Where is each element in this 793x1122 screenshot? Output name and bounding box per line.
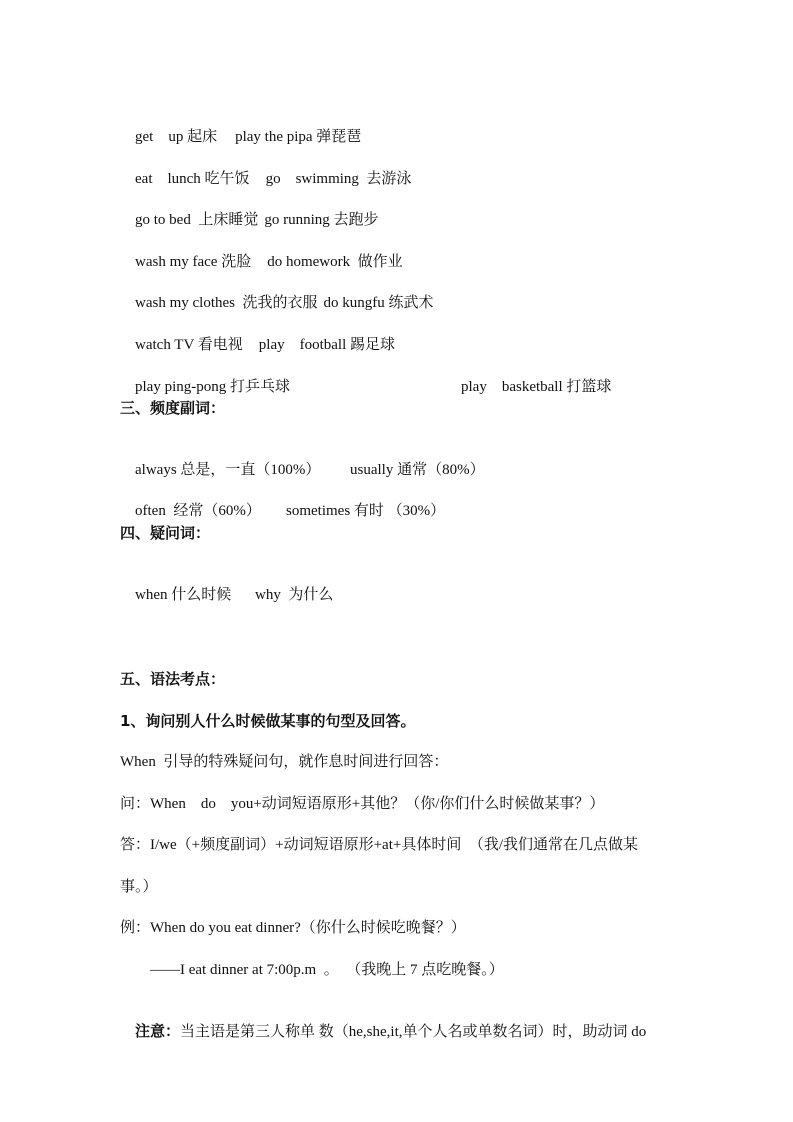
section-heading: 三、频度副词：	[120, 398, 225, 418]
paragraph: 答：I/we（+频度副词）+动词短语原形+at+具体时间 （我/我们通常在几点做…	[120, 835, 638, 855]
section-heading: 五、语法考点：	[120, 669, 225, 689]
vocab-item: play football 踢足球	[259, 337, 395, 353]
vocab-item: eat lunch 吃午饭	[135, 171, 250, 187]
paragraph: ——I eat dinner at 7:00p.m 。 （我晚上 7 点吃晚餐。…	[150, 960, 504, 980]
note-paragraph: 注意：当主语是第三人称单 数（he,she,it,单个人名或单数名词）时，助动词…	[120, 1001, 646, 1062]
vocab-item: watch TV 看电视	[135, 337, 243, 353]
adverb-item: often 经常（60%）	[135, 503, 261, 519]
vocab-item: play ping-pong 打乒乓球	[135, 379, 290, 395]
vocab-item: get up 起床	[135, 129, 217, 145]
note-label: 注意：	[135, 1022, 180, 1040]
vocab-item: play basketball 打篮球	[461, 377, 611, 397]
vocab-item: go to bed 上床睡觉	[135, 212, 258, 228]
paragraph: 问：When do you+动词短语原形+其他？（你/你们什么时候做某事？）	[120, 794, 604, 814]
vocab-item: wash my clothes 洗我的衣服	[135, 295, 317, 311]
vocab-item: go running 去跑步	[264, 212, 378, 228]
adverb-item: sometimes 有时 （30%）	[286, 501, 445, 521]
vocab-item: do homework 做作业	[267, 254, 402, 270]
paragraph: 例：When do you eat dinner?（你什么时候吃晚餐？）	[120, 918, 466, 938]
subsection-heading: 1、询问别人什么时候做某事的句型及回答。	[120, 711, 415, 731]
vocab-item: do kungfu 练武术	[323, 295, 433, 311]
note-text: 当主语是第三人称单 数（he,she,it,单个人名或单数名词）时，助动词 do	[180, 1024, 646, 1040]
paragraph: When 引导的特殊疑问句，就作息时间进行回答：	[120, 752, 448, 772]
adverb-item: usually 通常（80%）	[350, 460, 485, 480]
vocab-item: wash my face 洗脸	[135, 254, 251, 270]
question-word-item: when 什么时候	[135, 587, 231, 603]
question-word-item: why 为什么	[255, 585, 333, 605]
adverb-item: always 总是，一直（100%）	[135, 462, 320, 478]
vocab-item: go swimming 去游泳	[266, 171, 412, 187]
section-heading: 四、疑问词：	[120, 523, 210, 543]
vocab-item: play the pipa 弹琵琶	[235, 129, 361, 145]
paragraph: 事。）	[120, 877, 158, 897]
question-word-line: when 什么时候why 为什么	[120, 565, 231, 625]
